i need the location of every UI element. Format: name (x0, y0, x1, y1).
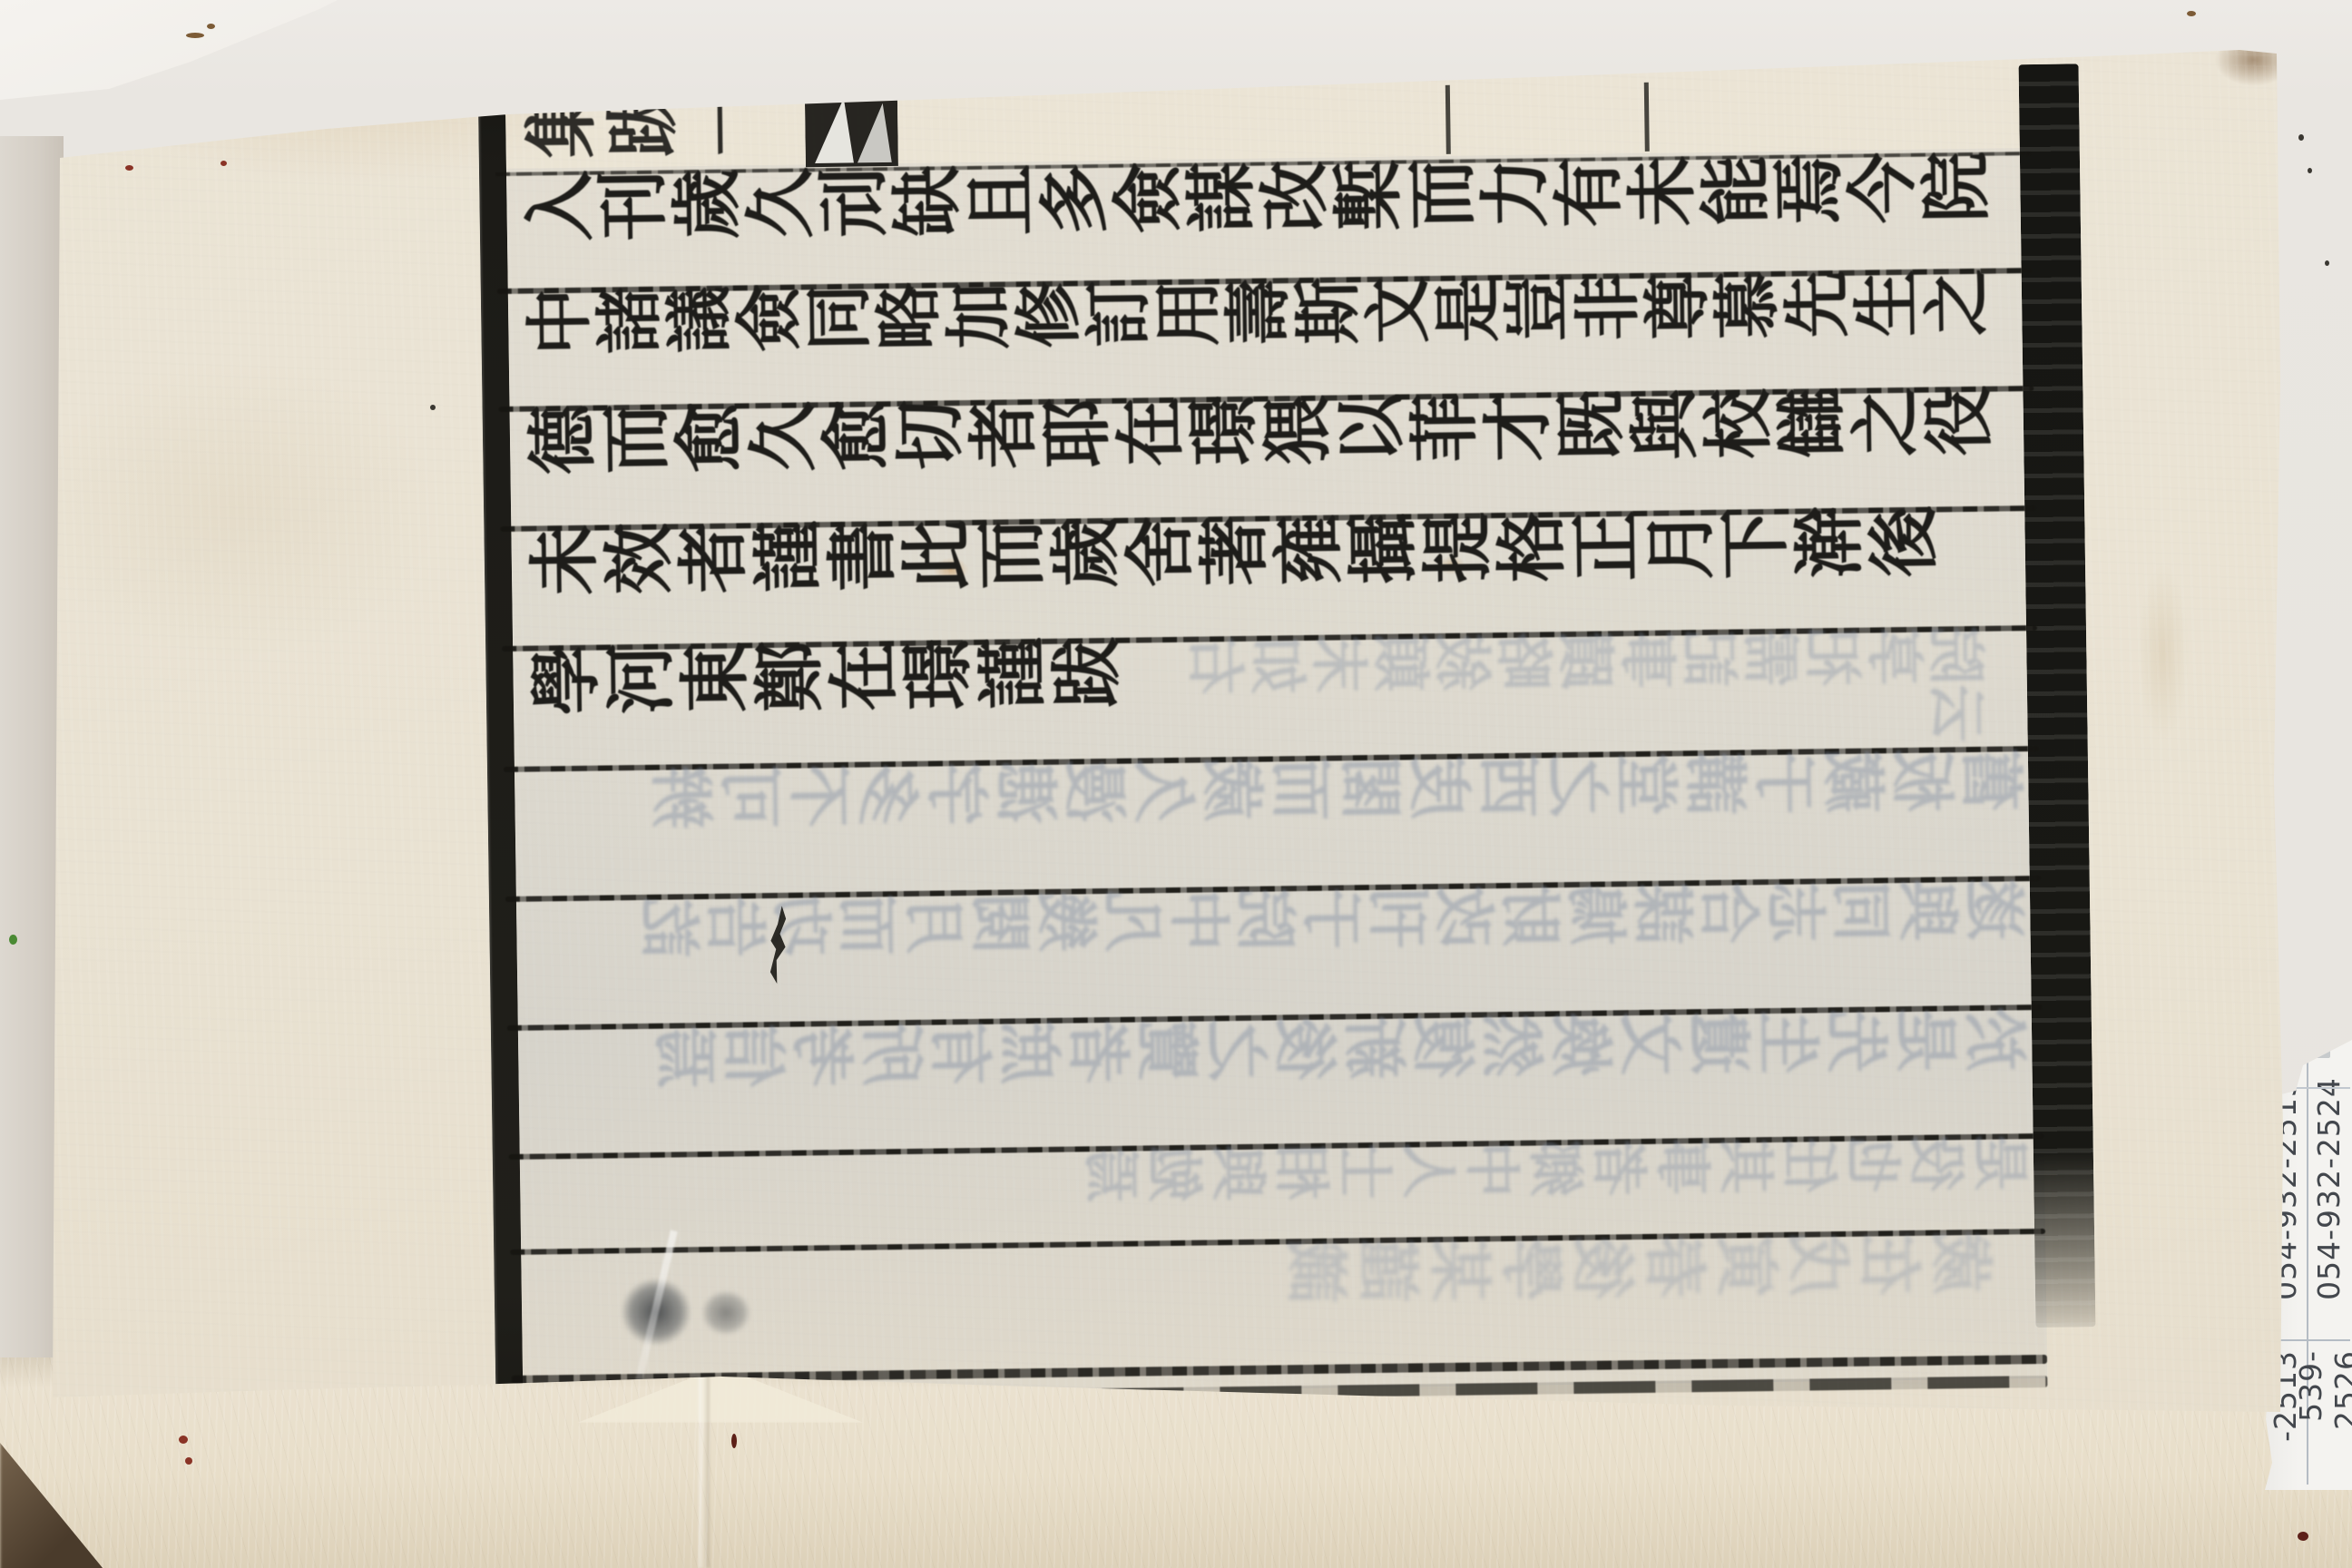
ghost-row-text: 歲在戊寅春後學某謹識 (633, 1236, 1996, 1370)
torn-backdrop-paper (0, 0, 338, 107)
speck (179, 1436, 188, 1444)
book-page: 集跋一 入刊歲久刓缺且多僉謀改槧而力有未能焉今 (0, 0, 2352, 1568)
ghost-row-text: 舊板藏于講堂之西庋閣而歲久漫漶字多不可辨 (527, 752, 2026, 892)
ghost-row-text: 院享祀需記事蹟略敍顛末如右云 (1170, 632, 1988, 751)
corner-shadow (0, 1428, 107, 1568)
sticker-cell-partial: 539-2526 (2293, 1341, 2352, 1485)
speck (2298, 1532, 2308, 1541)
ghost-row: 院享祀需記事蹟略敍顛末如右云 (1170, 632, 1988, 751)
colophon-row-text: 未效者謹書此而歲舍著雍攝提格正月下澣後 (526, 512, 1944, 643)
ghost-row: 於是先生遺文煥然復新後之覽者庶有所考信焉 (531, 1012, 2030, 1150)
sticker-row: 539-2526 054-932-2524 (2307, 1038, 2350, 1485)
printed-frame: 集跋一 入刊歲久刓缺且多僉謀改槧而力有未能焉今 (482, 114, 2098, 1408)
fishtail-icon (805, 91, 898, 168)
speck (186, 33, 204, 38)
ghost-row: 歲在戊寅春後學某謹識 (633, 1236, 1996, 1370)
banxin-divider (1644, 83, 1650, 152)
sticker-phone-number: 054-932-2524 (2311, 1038, 2347, 1339)
green-speck (9, 935, 17, 945)
speck (2298, 134, 2304, 141)
sticker-partial-glyphs (2316, 1045, 2330, 1058)
speck (220, 161, 227, 166)
speck (430, 405, 436, 410)
colophon-row-text: 中諸議僉同略加修訂用壽斯文是豈非尊慕先生之 (524, 274, 1995, 405)
colophon-row: 未效者謹書此而歲舍著雍攝提格正月下澣後 (526, 512, 1944, 643)
colophon-row: 學河東鄭在璟謹跋 (528, 643, 1129, 765)
colophon-row-text: 德而愈久愈切者耶在璟猥以菲才既與校讎之役 (525, 392, 1997, 524)
speck (731, 1434, 737, 1448)
ghost-row: 舊板藏于講堂之西庋閣而歲久漫漶字多不可辨 (527, 752, 2026, 892)
speck (2308, 168, 2312, 173)
speck (2187, 11, 2196, 16)
banxin-divider (1445, 85, 1451, 154)
colophon-row-text: 入刊歲久刓缺且多僉謀改槧而力有未能焉今院 (522, 158, 1994, 289)
fold-crease-line (699, 1376, 710, 1568)
colophon-row-text: 學河東鄭在璟謹跋 (528, 643, 1129, 765)
speck (207, 24, 215, 29)
ghost-row-text: 遂與同志合謀鳩財改刊于院中凡幾閱月而功告訖 (529, 883, 2028, 1021)
photo-of-book-page: -2513 054-932-2513 539-2526 054-932-2524 (0, 0, 2352, 1568)
colophon-row: 德而愈久愈切者耶在璟猥以菲才既與校讎之役 (525, 392, 1997, 524)
speck (185, 1457, 192, 1465)
colophon-row: 中諸議僉同略加修訂用壽斯文是豈非尊慕先生之 (524, 274, 1995, 405)
ink-blot (694, 1283, 759, 1342)
banxin-label: 集跋一 (523, 89, 796, 176)
sticker-grid-line (2307, 1339, 2350, 1341)
speck (125, 165, 133, 171)
ghost-row-text: 於是先生遺文煥然復新後之覽者庶有所考信焉 (531, 1012, 2030, 1150)
speck (2325, 260, 2329, 266)
ghost-row: 遂與同志合謀鳩財改刊于院中凡幾閱月而功告訖 (529, 883, 2028, 1021)
banxin-strip: 集跋一 (523, 89, 796, 176)
colophon-row: 入刊歲久刓缺且多僉謀改槧而力有未能焉今院 (522, 158, 1994, 289)
